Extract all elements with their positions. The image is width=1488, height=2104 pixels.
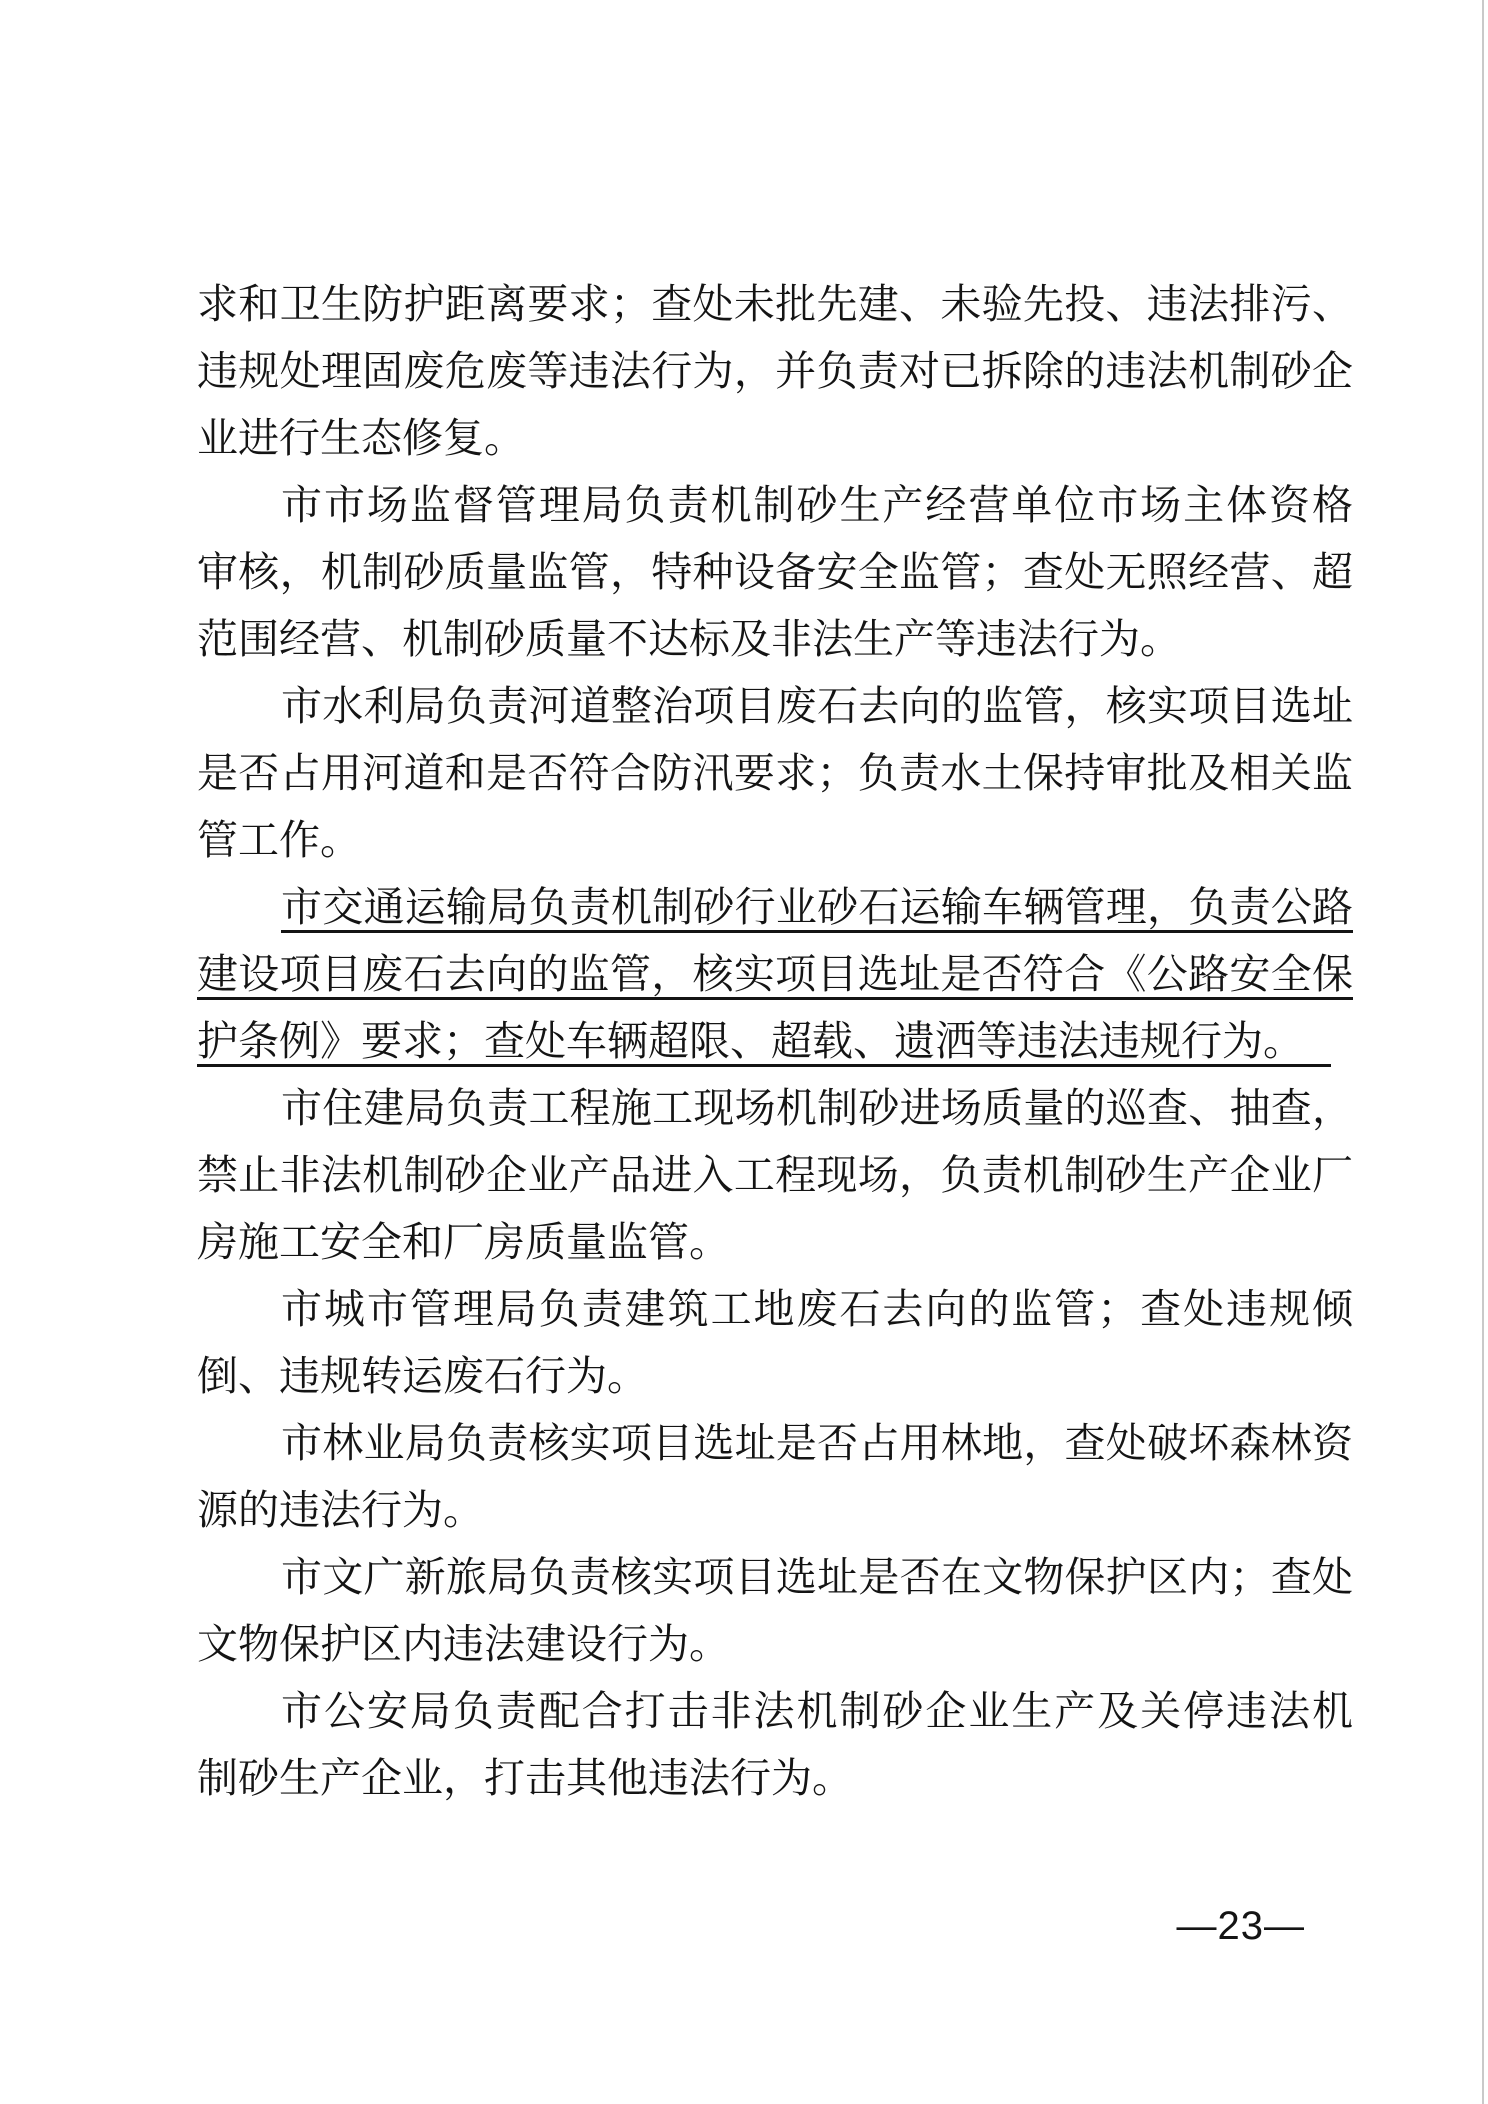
underline-extension — [1304, 1064, 1331, 1067]
paragraph: 市城市管理局负责建筑工地废石去向的监管；查处违规倾倒、违规转运废石行为。 — [197, 1276, 1353, 1410]
text-run: 业进行生态修复。 — [197, 415, 525, 461]
text-run: 市林业局负责核实项目选址是否占用林地，查处破坏森林资 — [281, 1420, 1353, 1466]
text-line: 市公安局负责配合打击非法机制砂企业生产及关停违法机 — [197, 1678, 1353, 1745]
text-line: 范围经营、机制砂质量不达标及非法生产等违法行为。 — [197, 606, 1353, 673]
text-run: 审核，机制砂质量监管，特种设备安全监管；查处无照经营、超 — [197, 549, 1353, 595]
scan-edge-line — [1482, 0, 1484, 2104]
text-line: 市市场监督管理局负责机制砂生产经营单位市场主体资格 — [197, 472, 1353, 539]
text-run: 源的违法行为。 — [197, 1487, 484, 1533]
document-page: 求和卫生防护距离要求；查处未批先建、未验先投、违法排污、违规处理固废危废等违法行… — [0, 0, 1488, 2104]
text-run: 市住建局负责工程施工现场机制砂进场质量的巡查、抽查， — [281, 1085, 1353, 1131]
document-body: 求和卫生防护距离要求；查处未批先建、未验先投、违法排污、违规处理固废危废等违法行… — [197, 271, 1353, 1812]
text-line: 房施工安全和厂房质量监管。 — [197, 1209, 1353, 1276]
text-run: 范围经营、机制砂质量不达标及非法生产等违法行为。 — [197, 616, 1181, 662]
text-run: 房施工安全和厂房质量监管。 — [197, 1219, 730, 1265]
text-run: 市交通运输局负责机制砂行业砂石运输车辆管理，负责公路 — [281, 884, 1353, 930]
text-run: 是否占用河道和是否符合防汛要求；负责水土保持审批及相关监 — [197, 750, 1353, 796]
text-run: 禁止非法机制砂企业产品进入工程现场，负责机制砂生产企业厂 — [197, 1152, 1353, 1198]
text-run: 市水利局负责河道整治项目废石去向的监管，核实项目选址 — [281, 683, 1353, 729]
text-line: 审核，机制砂质量监管，特种设备安全监管；查处无照经营、超 — [197, 539, 1353, 606]
text-line: 管工作。 — [197, 807, 1353, 874]
text-run: 市市场监督管理局负责机制砂生产经营单位市场主体资格 — [281, 482, 1353, 528]
text-line: 违规处理固废危废等违法行为，并负责对已拆除的违法机制砂企 — [197, 338, 1353, 405]
text-run: 管工作。 — [197, 817, 361, 863]
text-line: 倒、违规转运废石行为。 — [197, 1343, 1353, 1410]
text-line: 市交通运输局负责机制砂行业砂石运输车辆管理，负责公路 — [197, 874, 1353, 941]
text-run: 市文广新旅局负责核实项目选址是否在文物保护区内；查处 — [281, 1554, 1353, 1600]
text-run: 倒、违规转运废石行为。 — [197, 1353, 648, 1399]
text-line: 制砂生产企业，打击其他违法行为。 — [197, 1745, 1353, 1812]
text-line: 是否占用河道和是否符合防汛要求；负责水土保持审批及相关监 — [197, 740, 1353, 807]
paragraph: 市文广新旅局负责核实项目选址是否在文物保护区内；查处文物保护区内违法建设行为。 — [197, 1544, 1353, 1678]
paragraph: 市林业局负责核实项目选址是否占用林地，查处破坏森林资源的违法行为。 — [197, 1410, 1353, 1544]
text-run: 文物保护区内违法建设行为。 — [197, 1621, 730, 1667]
page-number: —23— — [1177, 1901, 1306, 1951]
text-line: 市城市管理局负责建筑工地废石去向的监管；查处违规倾 — [197, 1276, 1353, 1343]
text-line: 禁止非法机制砂企业产品进入工程现场，负责机制砂生产企业厂 — [197, 1142, 1353, 1209]
text-run: 制砂生产企业，打击其他违法行为。 — [197, 1755, 853, 1801]
paragraph: 市水利局负责河道整治项目废石去向的监管，核实项目选址是否占用河道和是否符合防汛要… — [197, 673, 1353, 874]
text-run: 市公安局负责配合打击非法机制砂企业生产及关停违法机 — [281, 1688, 1353, 1734]
text-run: 市城市管理局负责建筑工地废石去向的监管；查处违规倾 — [281, 1286, 1353, 1332]
paragraph: 市公安局负责配合打击非法机制砂企业生产及关停违法机制砂生产企业，打击其他违法行为… — [197, 1678, 1353, 1812]
text-run: 违规处理固废危废等违法行为，并负责对已拆除的违法机制砂企 — [197, 348, 1353, 394]
text-run: 求和卫生防护距离要求；查处未批先建、未验先投、违法排污、 — [197, 281, 1353, 327]
text-line: 文物保护区内违法建设行为。 — [197, 1611, 1353, 1678]
text-line: 市水利局负责河道整治项目废石去向的监管，核实项目选址 — [197, 673, 1353, 740]
text-line: 护条例》要求；查处车辆超限、超载、遗洒等违法违规行为。 — [197, 1008, 1353, 1075]
text-line: 市文广新旅局负责核实项目选址是否在文物保护区内；查处 — [197, 1544, 1353, 1611]
text-line: 源的违法行为。 — [197, 1477, 1353, 1544]
text-line: 建设项目废石去向的监管，核实项目选址是否符合《公路安全保 — [197, 941, 1353, 1008]
text-line: 求和卫生防护距离要求；查处未批先建、未验先投、违法排污、 — [197, 271, 1353, 338]
paragraph: 市住建局负责工程施工现场机制砂进场质量的巡查、抽查，禁止非法机制砂企业产品进入工… — [197, 1075, 1353, 1276]
text-run: 建设项目废石去向的监管，核实项目选址是否符合《公路安全保 — [197, 951, 1353, 997]
paragraph: 市市场监督管理局负责机制砂生产经营单位市场主体资格审核，机制砂质量监管，特种设备… — [197, 472, 1353, 673]
text-line: 市住建局负责工程施工现场机制砂进场质量的巡查、抽查， — [197, 1075, 1353, 1142]
paragraph: 求和卫生防护距离要求；查处未批先建、未验先投、违法排污、违规处理固废危废等违法行… — [197, 271, 1353, 472]
text-run: 护条例》要求；查处车辆超限、超载、遗洒等违法违规行为。 — [197, 1018, 1304, 1064]
text-line: 市林业局负责核实项目选址是否占用林地，查处破坏森林资 — [197, 1410, 1353, 1477]
text-line: 业进行生态修复。 — [197, 405, 1353, 472]
paragraph: 市交通运输局负责机制砂行业砂石运输车辆管理，负责公路建设项目废石去向的监管，核实… — [197, 874, 1353, 1075]
